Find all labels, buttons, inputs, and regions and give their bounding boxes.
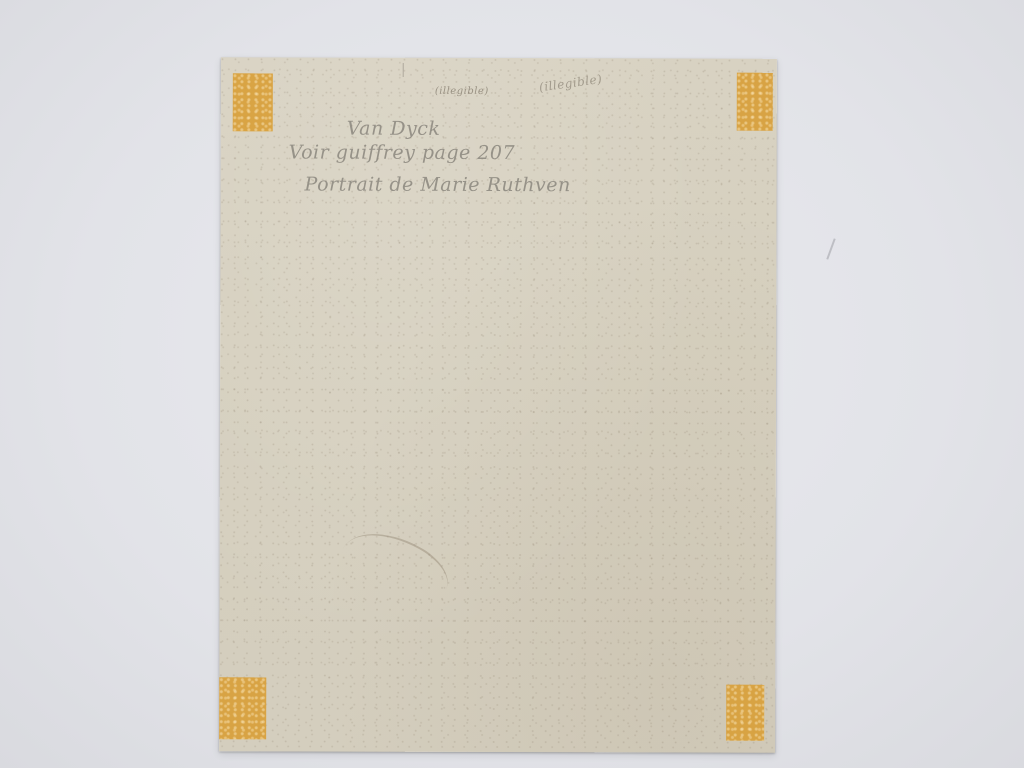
paper-sheet: | (illegible) (illegible) Van Dyck Voir … xyxy=(219,57,777,752)
pencil-tick-mark: | xyxy=(401,62,406,78)
background-mark xyxy=(826,238,835,259)
tape-remnant-bottom-left xyxy=(219,677,266,739)
faded-stamp: (illegible) xyxy=(538,72,603,95)
paper-crease xyxy=(331,515,457,622)
tape-remnant-top-left xyxy=(233,73,273,131)
tape-remnant-top-right xyxy=(737,73,773,131)
tape-remnant-bottom-right xyxy=(726,685,764,741)
inscription-reference: Voir guiffrey page 207 xyxy=(289,141,516,164)
inscription-artist: Van Dyck xyxy=(347,118,441,140)
faded-stamp-small: (illegible) xyxy=(435,86,489,97)
inscription-title: Portrait de Marie Ruthven xyxy=(305,173,571,196)
